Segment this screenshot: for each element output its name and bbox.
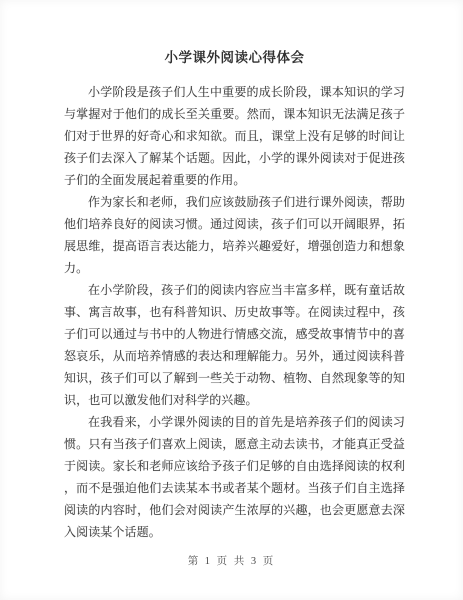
paragraph-intro: 小学阶段是孩子们人生中重要的成长阶段，课本知识的学习与掌握对于他们的成长至关重要…: [64, 81, 405, 191]
document-page: 小学课外阅读心得体会 小学阶段是孩子们人生中重要的成长阶段，课本知识的学习与掌握…: [0, 0, 463, 600]
paragraph-encourage-reading: 作为家长和老师，我们应该鼓励孩子们进行课外阅读，帮助他们培养良好的阅读习惯。通过…: [64, 191, 405, 279]
page-title: 小学课外阅读心得体会: [64, 50, 405, 66]
page-number-footer: 第 1 页 共 3 页: [0, 556, 463, 568]
paragraph-reading-habit: 在我看来，小学课外阅读的目的首先是培养孩子们的阅读习惯。只有当孩子们喜欢上阅读，…: [64, 411, 405, 543]
document-content: 小学课外阅读心得体会 小学阶段是孩子们人生中重要的成长阶段，课本知识的学习与掌握…: [64, 50, 405, 543]
paragraph-reading-content: 在小学阶段，孩子们的阅读内容应当丰富多样，既有童话故事、寓言故事，也有科普知识、…: [64, 279, 405, 411]
